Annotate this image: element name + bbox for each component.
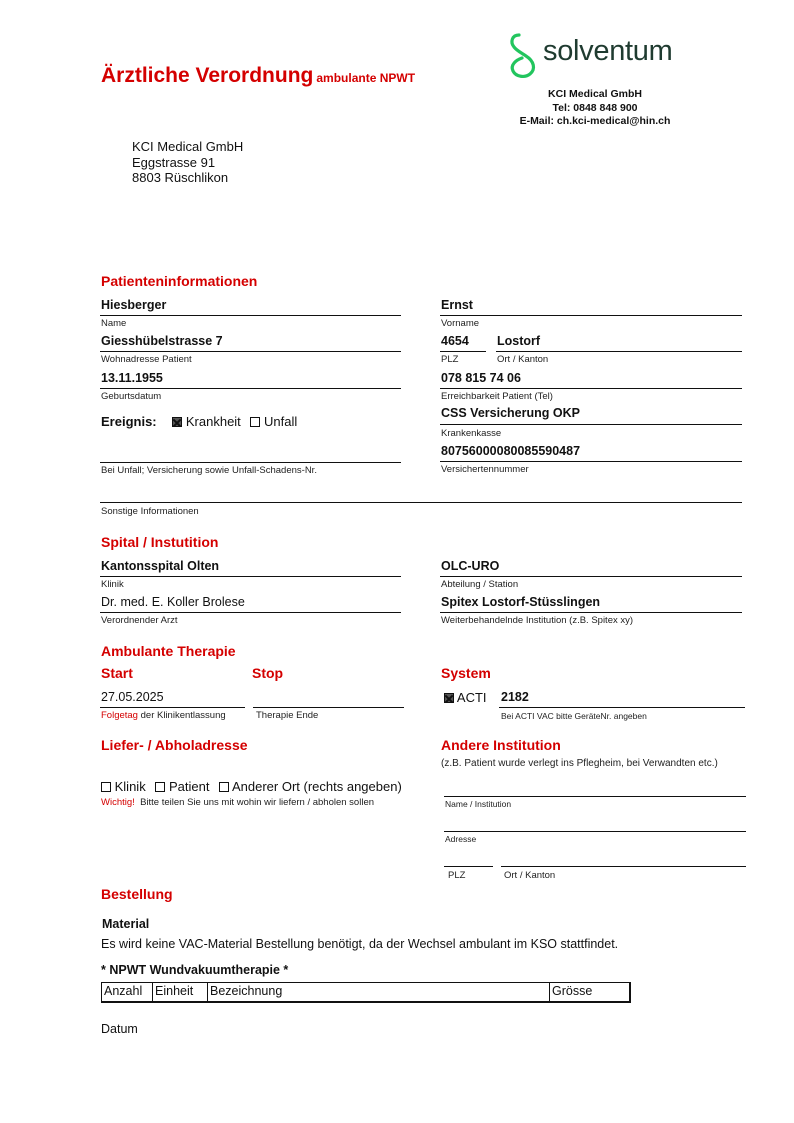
delivery-other-label: Anderer Ort (rechts angeben) [232, 779, 402, 794]
divider [440, 315, 742, 316]
title-main: Ärztliche Verordnung [101, 64, 313, 87]
patient-phone-label: Erreichbarkeit Patient (Tel) [441, 391, 553, 402]
other-info-field-line[interactable] [100, 502, 742, 503]
followup-label: Weiterbehandelnde Institution (z.B. Spit… [441, 615, 633, 626]
stop-hint: Therapie Ende [256, 710, 318, 721]
other-institution-hint: (z.B. Patient wurde verlegt ins Pfleghei… [441, 758, 718, 769]
other-name-label: Name / Institution [445, 799, 511, 809]
event-unfall-checkbox[interactable] [250, 417, 260, 427]
start-hint: Folgetag der Klinikentlassung [101, 710, 226, 721]
divider [100, 351, 401, 352]
patient-insurance-number-value[interactable]: 80756000080085590487 [441, 444, 580, 458]
patient-heading: Patienteninformationen [101, 273, 257, 289]
patient-insurer-label: Krankenkasse [441, 428, 501, 439]
acti-checkbox[interactable] [444, 693, 454, 703]
other-plz-label: PLZ [448, 870, 465, 881]
delivery-patient-checkbox[interactable] [155, 782, 165, 792]
clinic-label: Klinik [101, 579, 124, 590]
event-krankheit-label: Krankheit [186, 414, 241, 429]
other-info-label: Sonstige Informationen [101, 506, 199, 517]
contact-company: KCI Medical GmbH [500, 88, 690, 102]
order-heading: Bestellung [101, 886, 173, 902]
patient-phone-value[interactable]: 078 815 74 06 [441, 371, 521, 385]
accident-label: Bei Unfall; Versicherung sowie Unfall-Sc… [101, 465, 317, 476]
divider [100, 612, 401, 613]
department-value[interactable]: OLC-URO [441, 559, 499, 573]
patient-insurer-value[interactable]: CSS Versicherung OKP [441, 406, 580, 420]
patient-birthdate-label: Geburtsdatum [101, 391, 161, 402]
patient-name-label: Name [101, 318, 126, 329]
acti-label: ACTI [457, 690, 487, 705]
col-bezeichnung: Bezeichnung [208, 983, 550, 1001]
stop-heading: Stop [252, 665, 283, 681]
patient-name-value[interactable]: Hiesberger [101, 298, 166, 312]
divider [440, 388, 742, 389]
other-name-line[interactable] [444, 796, 746, 797]
start-heading: Start [101, 665, 133, 681]
divider [100, 388, 401, 389]
department-label: Abteilung / Station [441, 579, 518, 590]
solventum-logo: solventum [508, 33, 688, 79]
therapy-heading: Ambulante Therapie [101, 643, 236, 659]
solventum-s-icon [508, 33, 540, 79]
material-label: Material [102, 917, 149, 931]
recipient-line3: 8803 Rüschlikon [132, 170, 243, 186]
patient-address-label: Wohnadresse Patient [101, 354, 192, 365]
hospital-heading: Spital / Instutition [101, 534, 218, 550]
patient-plz-label: PLZ [441, 354, 458, 365]
doctor-value[interactable]: Dr. med. E. Koller Brolese [101, 595, 245, 609]
device-number-value[interactable]: 2182 [501, 690, 529, 704]
accident-field-line[interactable] [100, 462, 401, 463]
other-address-label: Adresse [445, 834, 476, 844]
event-row: Ereignis: Krankheit Unfall [101, 414, 297, 429]
patient-vorname-value[interactable]: Ernst [441, 298, 473, 312]
date-label: Datum [101, 1022, 138, 1036]
other-ort-label: Ort / Kanton [504, 870, 555, 881]
npwt-title: * NPWT Wundvakuumtherapie * [101, 963, 288, 977]
divider [440, 461, 742, 462]
title-subtitle: ambulante NPWT [316, 71, 415, 85]
event-label: Ereignis: [101, 414, 157, 429]
material-text: Es wird keine VAC-Material Bestellung be… [101, 937, 618, 951]
delivery-heading: Liefer- / Abholadresse [101, 737, 248, 753]
recipient-line1: KCI Medical GmbH [132, 139, 243, 155]
delivery-note: Wichtig! Bitte teilen Sie uns mit wohin … [101, 797, 374, 808]
col-einheit: Einheit [153, 983, 208, 1001]
patient-plz-value[interactable]: 4654 [441, 334, 469, 348]
patient-insurance-number-label: Versichertennummer [441, 464, 529, 475]
logo-text: solventum [543, 35, 672, 68]
start-hint-red: Folgetag [101, 710, 138, 721]
other-ort-line[interactable] [501, 866, 746, 867]
col-groesse: Grösse [550, 983, 629, 1001]
patient-address-value[interactable]: Giesshübelstrasse 7 [101, 334, 223, 348]
event-krankheit-checkbox[interactable] [172, 417, 182, 427]
stop-date-line[interactable] [253, 707, 404, 708]
contact-block: KCI Medical GmbH Tel: 0848 848 900 E-Mai… [500, 88, 690, 129]
start-hint-text: der Klinikentlassung [141, 710, 226, 721]
system-heading: System [441, 665, 491, 681]
other-institution-heading: Andere Institution [441, 737, 561, 753]
divider [100, 576, 401, 577]
clinic-value[interactable]: Kantonsspital Olten [101, 559, 219, 573]
order-table-header: Anzahl Einheit Bezeichnung Grösse [101, 982, 631, 1003]
delivery-options: Klinik Patient Anderer Ort (rechts angeb… [101, 779, 402, 794]
divider [499, 707, 745, 708]
start-date-value[interactable]: 27.05.2025 [101, 690, 164, 704]
contact-tel: Tel: 0848 848 900 [500, 102, 690, 116]
recipient-address: KCI Medical GmbH Eggstrasse 91 8803 Rüsc… [132, 139, 243, 186]
divider [440, 424, 742, 425]
event-unfall-label: Unfall [264, 414, 297, 429]
patient-birthdate-value[interactable]: 13.11.1955 [101, 371, 163, 385]
document-title: Ärztliche Verordnungambulante NPWT [101, 64, 415, 88]
col-anzahl: Anzahl [102, 983, 153, 1001]
divider [100, 315, 401, 316]
start-date-line [100, 707, 245, 708]
patient-vorname-label: Vorname [441, 318, 479, 329]
delivery-note-text: Bitte teilen Sie uns mit wohin wir liefe… [140, 797, 374, 808]
device-hint: Bei ACTI VAC bitte GeräteNr. angeben [501, 711, 647, 721]
contact-email: E-Mail: ch.kci-medical@hin.ch [500, 115, 690, 129]
followup-value[interactable]: Spitex Lostorf-Stüsslingen [441, 595, 600, 609]
divider [440, 576, 742, 577]
delivery-klinik-checkbox[interactable] [101, 782, 111, 792]
patient-ort-label: Ort / Kanton [497, 354, 548, 365]
delivery-klinik-label: Klinik [115, 779, 146, 794]
recipient-line2: Eggstrasse 91 [132, 155, 243, 171]
other-address-line[interactable] [444, 831, 746, 832]
system-option: ACTI [444, 690, 487, 705]
divider [440, 612, 742, 613]
divider [496, 351, 742, 352]
delivery-patient-label: Patient [169, 779, 209, 794]
other-plz-line[interactable] [444, 866, 493, 867]
divider [440, 351, 486, 352]
doctor-label: Verordnender Arzt [101, 615, 178, 626]
delivery-other-checkbox[interactable] [219, 782, 229, 792]
delivery-important: Wichtig! [101, 797, 135, 808]
patient-ort-value[interactable]: Lostorf [497, 334, 540, 348]
